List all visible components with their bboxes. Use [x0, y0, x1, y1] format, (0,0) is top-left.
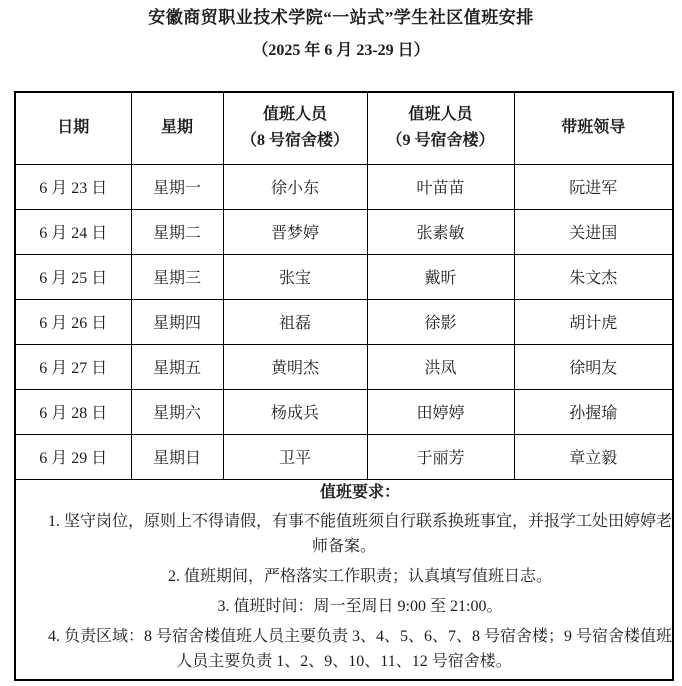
cell-staff-building8: 晋梦婷 — [223, 209, 367, 254]
table-footer: 值班要求： 1. 坚守岗位，原则上不得请假，有事不能值班须自行联系换班事宜，并报… — [15, 479, 673, 680]
column-header-label: 值班人员 — [368, 102, 514, 128]
cell-weekday: 星期三 — [131, 254, 223, 299]
table-row: 6 月 27 日星期五黄明杰洪凤徐明友 — [15, 344, 673, 389]
column-header-leader: 带班领导 — [514, 92, 673, 164]
cell-leader: 朱文杰 — [514, 254, 673, 299]
table-row: 6 月 23 日星期一徐小东叶苗苗阮进军 — [15, 164, 673, 209]
cell-staff-building9: 徐影 — [367, 299, 514, 344]
cell-staff-building9: 田婷婷 — [367, 389, 514, 434]
column-header-staff-building9: 值班人员 （9 号宿舍楼） — [367, 92, 514, 164]
duty-schedule-table: 日期 星期 值班人员 （8 号宿舍楼） 值班人员 （9 号宿舍楼） 带班领导 — [14, 91, 674, 681]
document-title: 安徽商贸职业技术学院“一站式”学生社区值班安排 — [0, 7, 682, 29]
cell-date: 6 月 27 日 — [15, 344, 131, 389]
cell-weekday: 星期六 — [131, 389, 223, 434]
cell-staff-building8: 张宝 — [223, 254, 367, 299]
table-body: 6 月 23 日星期一徐小东叶苗苗阮进军6 月 24 日星期二晋梦婷张素敏关进国… — [15, 164, 673, 479]
table-row: 6 月 29 日星期日卫平于丽芳章立毅 — [15, 434, 673, 479]
cell-weekday: 星期五 — [131, 344, 223, 389]
duty-requirements-heading: 值班要求： — [16, 482, 672, 504]
cell-staff-building9: 叶苗苗 — [367, 164, 514, 209]
cell-staff-building9: 洪凤 — [367, 344, 514, 389]
cell-leader: 章立毅 — [514, 434, 673, 479]
cell-staff-building8: 卫平 — [223, 434, 367, 479]
cell-date: 6 月 24 日 — [15, 209, 131, 254]
header-row: 日期 星期 值班人员 （8 号宿舍楼） 值班人员 （9 号宿舍楼） 带班领导 — [15, 92, 673, 164]
cell-date: 6 月 26 日 — [15, 299, 131, 344]
cell-staff-building8: 祖磊 — [223, 299, 367, 344]
column-header-sublabel: （9 号宿舍楼） — [368, 128, 514, 154]
cell-weekday: 星期四 — [131, 299, 223, 344]
cell-date: 6 月 28 日 — [15, 389, 131, 434]
cell-leader: 孙握瑜 — [514, 389, 673, 434]
cell-staff-building8: 杨成兵 — [223, 389, 367, 434]
cell-weekday: 星期一 — [131, 164, 223, 209]
column-header-sublabel: （8 号宿舍楼） — [224, 128, 367, 154]
document-subtitle: （2025 年 6 月 23-29 日） — [0, 40, 682, 62]
cell-date: 6 月 25 日 — [15, 254, 131, 299]
note-item-3: 3. 值班时间：周一至周日 9:00 至 21:00。 — [16, 594, 672, 619]
note-item-2: 2. 值班期间，严格落实工作职责；认真填写值班日志。 — [16, 564, 672, 589]
cell-date: 6 月 29 日 — [15, 434, 131, 479]
cell-staff-building9: 戴昕 — [367, 254, 514, 299]
table-row: 6 月 24 日星期二晋梦婷张素敏关进国 — [15, 209, 673, 254]
cell-staff-building8: 黄明杰 — [223, 344, 367, 389]
table-row: 6 月 28 日星期六杨成兵田婷婷孙握瑜 — [15, 389, 673, 434]
notes-row: 值班要求： 1. 坚守岗位，原则上不得请假，有事不能值班须自行联系换班事宜，并报… — [15, 479, 673, 680]
column-header-date: 日期 — [15, 92, 131, 164]
cell-weekday: 星期二 — [131, 209, 223, 254]
column-header-label: 日期 — [16, 115, 131, 141]
note-item-4: 4. 负责区域：8 号宿舍楼值班人员主要负责 3、4、5、6、7、8 号宿舍楼；… — [16, 624, 672, 674]
column-header-label: 值班人员 — [224, 102, 367, 128]
cell-leader: 阮进军 — [514, 164, 673, 209]
table-header: 日期 星期 值班人员 （8 号宿舍楼） 值班人员 （9 号宿舍楼） 带班领导 — [15, 92, 673, 164]
cell-date: 6 月 23 日 — [15, 164, 131, 209]
cell-staff-building9: 张素敏 — [367, 209, 514, 254]
duty-requirements-cell: 值班要求： 1. 坚守岗位，原则上不得请假，有事不能值班须自行联系换班事宜，并报… — [15, 479, 673, 680]
cell-leader: 徐明友 — [514, 344, 673, 389]
table-row: 6 月 26 日星期四祖磊徐影胡计虎 — [15, 299, 673, 344]
column-header-label: 带班领导 — [515, 115, 673, 141]
column-header-weekday: 星期 — [131, 92, 223, 164]
note-item-1: 1. 坚守岗位，原则上不得请假，有事不能值班须自行联系换班事宜，并报学工处田婷婷… — [16, 509, 672, 559]
column-header-staff-building8: 值班人员 （8 号宿舍楼） — [223, 92, 367, 164]
table-row: 6 月 25 日星期三张宝戴昕朱文杰 — [15, 254, 673, 299]
document-page: 安徽商贸职业技术学院“一站式”学生社区值班安排 （2025 年 6 月 23-2… — [0, 0, 682, 686]
cell-staff-building8: 徐小东 — [223, 164, 367, 209]
cell-weekday: 星期日 — [131, 434, 223, 479]
cell-staff-building9: 于丽芳 — [367, 434, 514, 479]
column-header-label: 星期 — [132, 115, 223, 141]
cell-leader: 胡计虎 — [514, 299, 673, 344]
cell-leader: 关进国 — [514, 209, 673, 254]
